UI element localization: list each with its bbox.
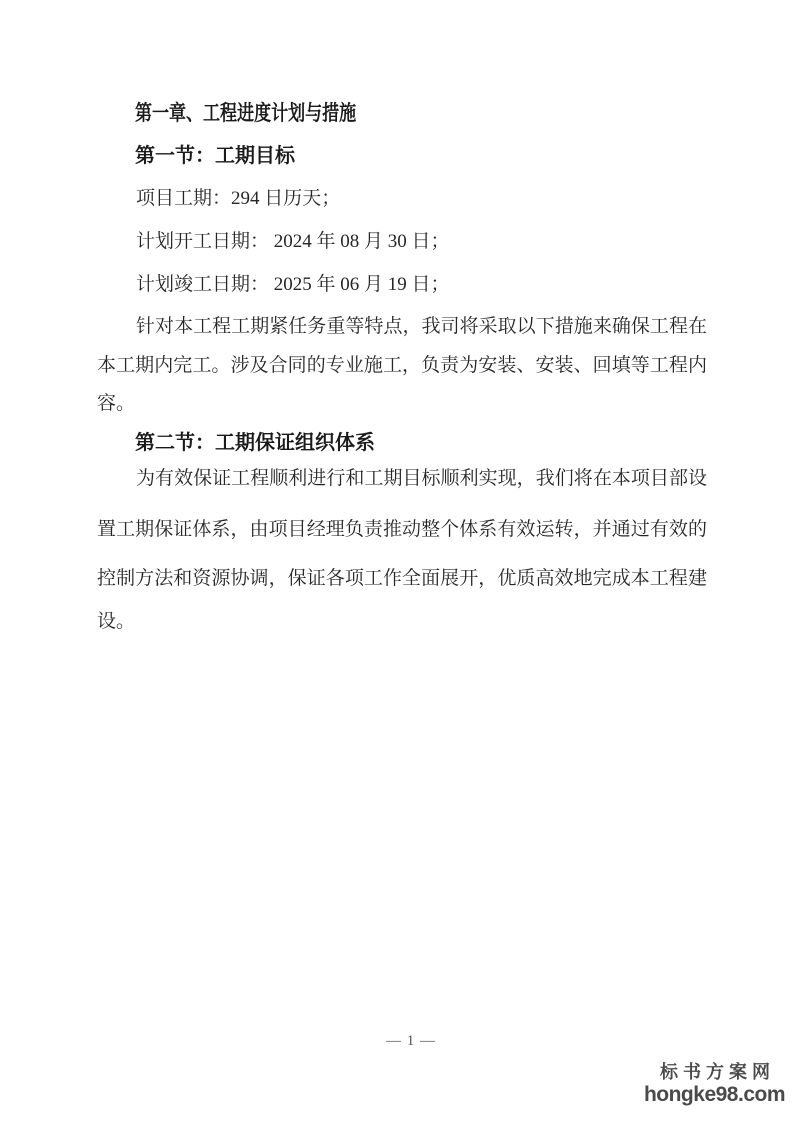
chapter-heading: 第一章、工程进度计划与措施: [135, 102, 356, 125]
document-page: 第一章、工程进度计划与措施 第一节：工期目标 项目工期：294 日历天； 计划开…: [0, 0, 793, 1122]
section-1-paragraph-line: 容。: [97, 393, 707, 415]
watermark-site-name: 标书方案网: [644, 1062, 775, 1083]
section-1-paragraph-line: 针对本工程工期紧任务重等特点，我司将采取以下措施来确保工程在: [97, 316, 707, 338]
watermark-site-url: hongke98.com: [644, 1083, 785, 1106]
watermark: 标书方案网 hongke98.com: [644, 1062, 785, 1106]
section-2-paragraph-line: 控制方法和资源协调，保证各项工作全面展开，优质高效地完成本工程建: [97, 568, 707, 590]
section-2-paragraph-line: 设。: [97, 611, 707, 633]
section-2-heading: 第二节：工期保证组织体系: [135, 432, 375, 455]
planned-finish-date-line: 计划竣工日期： 2025 年 06 月 19 日；: [97, 274, 707, 296]
project-duration-line: 项目工期：294 日历天；: [97, 188, 707, 210]
section-2-paragraph-line: 置工期保证体系，由项目经理负责推动整个体系有效运转，并通过有效的: [97, 519, 707, 541]
planned-start-date-line: 计划开工日期： 2024 年 08 月 30 日；: [97, 231, 707, 253]
section-1-heading: 第一节：工期目标: [135, 145, 295, 168]
section-1-paragraph-line: 本工期内完工。涉及合同的专业施工，负责为安装、安装、回填等工程内: [97, 355, 707, 377]
section-2-paragraph-line: 为有效保证工程顺利进行和工期目标顺利实现，我们将在本项目部设: [97, 468, 707, 490]
page-number: — 1 —: [29, 1033, 793, 1050]
